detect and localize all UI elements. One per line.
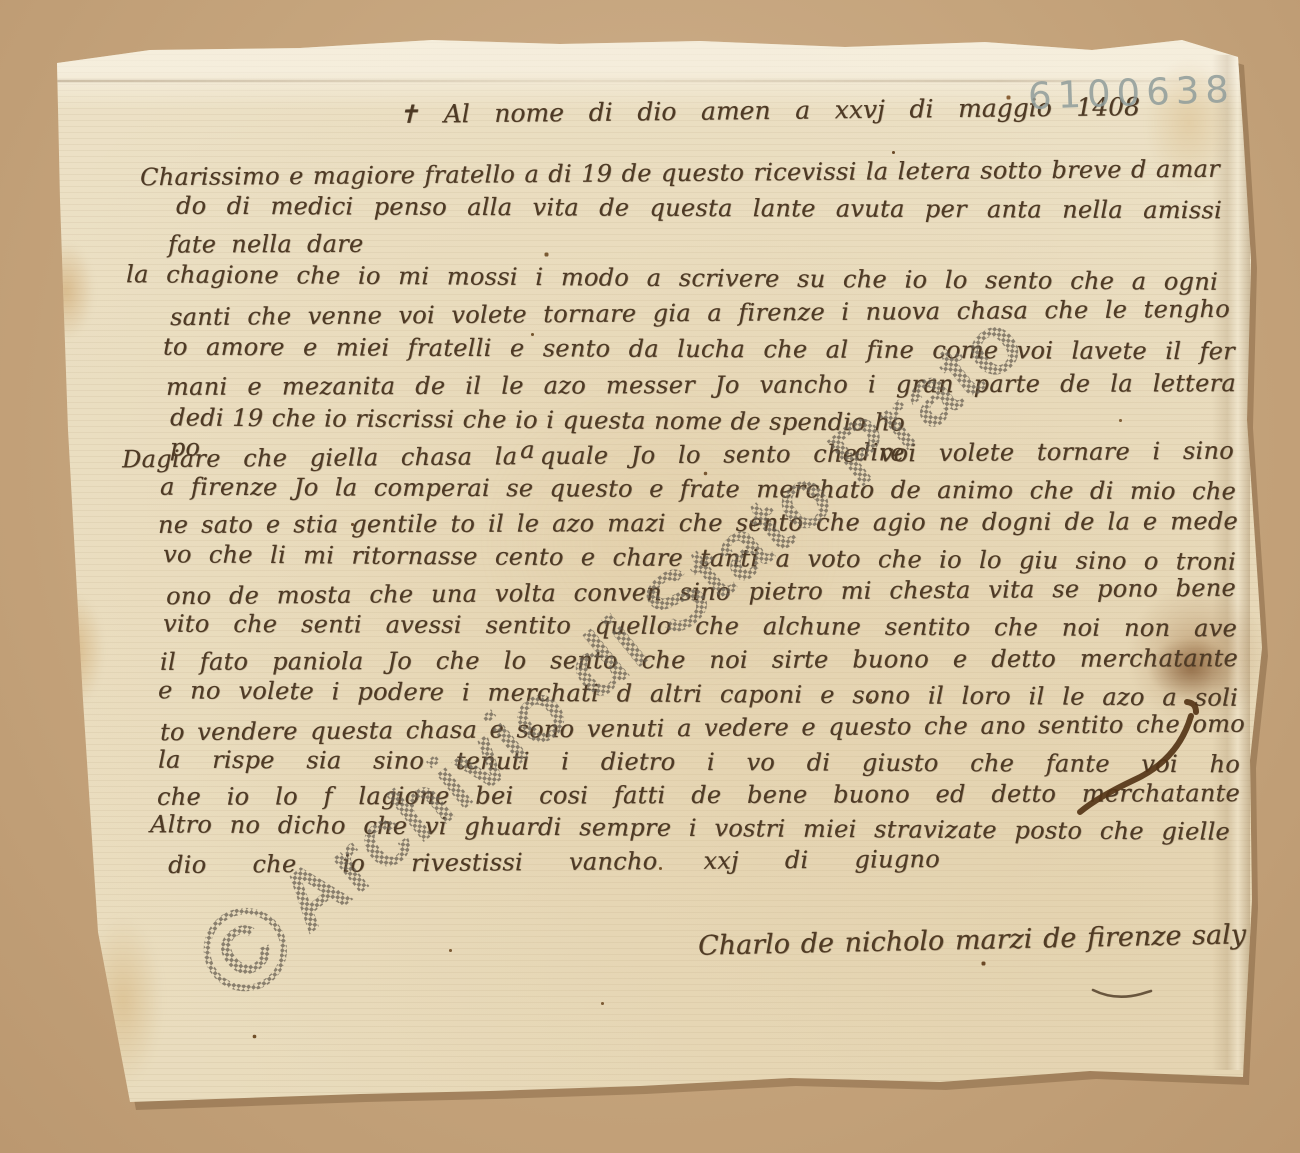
manuscript-line: mani e mezanita de il le azo messer Jo v… [166,368,1236,404]
scanned-letter-page: ✝ Al nome di dio amen a xxvj di maggio 1… [0,0,1300,1153]
stain [40,592,104,708]
manuscript-line: la rispe sia sino tenuti i dietro i vo d… [158,745,1240,782]
archival-number: 6100638 [1027,69,1198,118]
ink-specks [0,0,1,1]
manuscript-line: fate nella dare [168,228,468,261]
stain [84,916,162,1086]
stain [36,242,94,340]
manuscript-line: do di medici penso alla vita de questa l… [176,191,1222,228]
manuscript-line: to amore e miei fratelli e sento da luch… [163,332,1235,369]
